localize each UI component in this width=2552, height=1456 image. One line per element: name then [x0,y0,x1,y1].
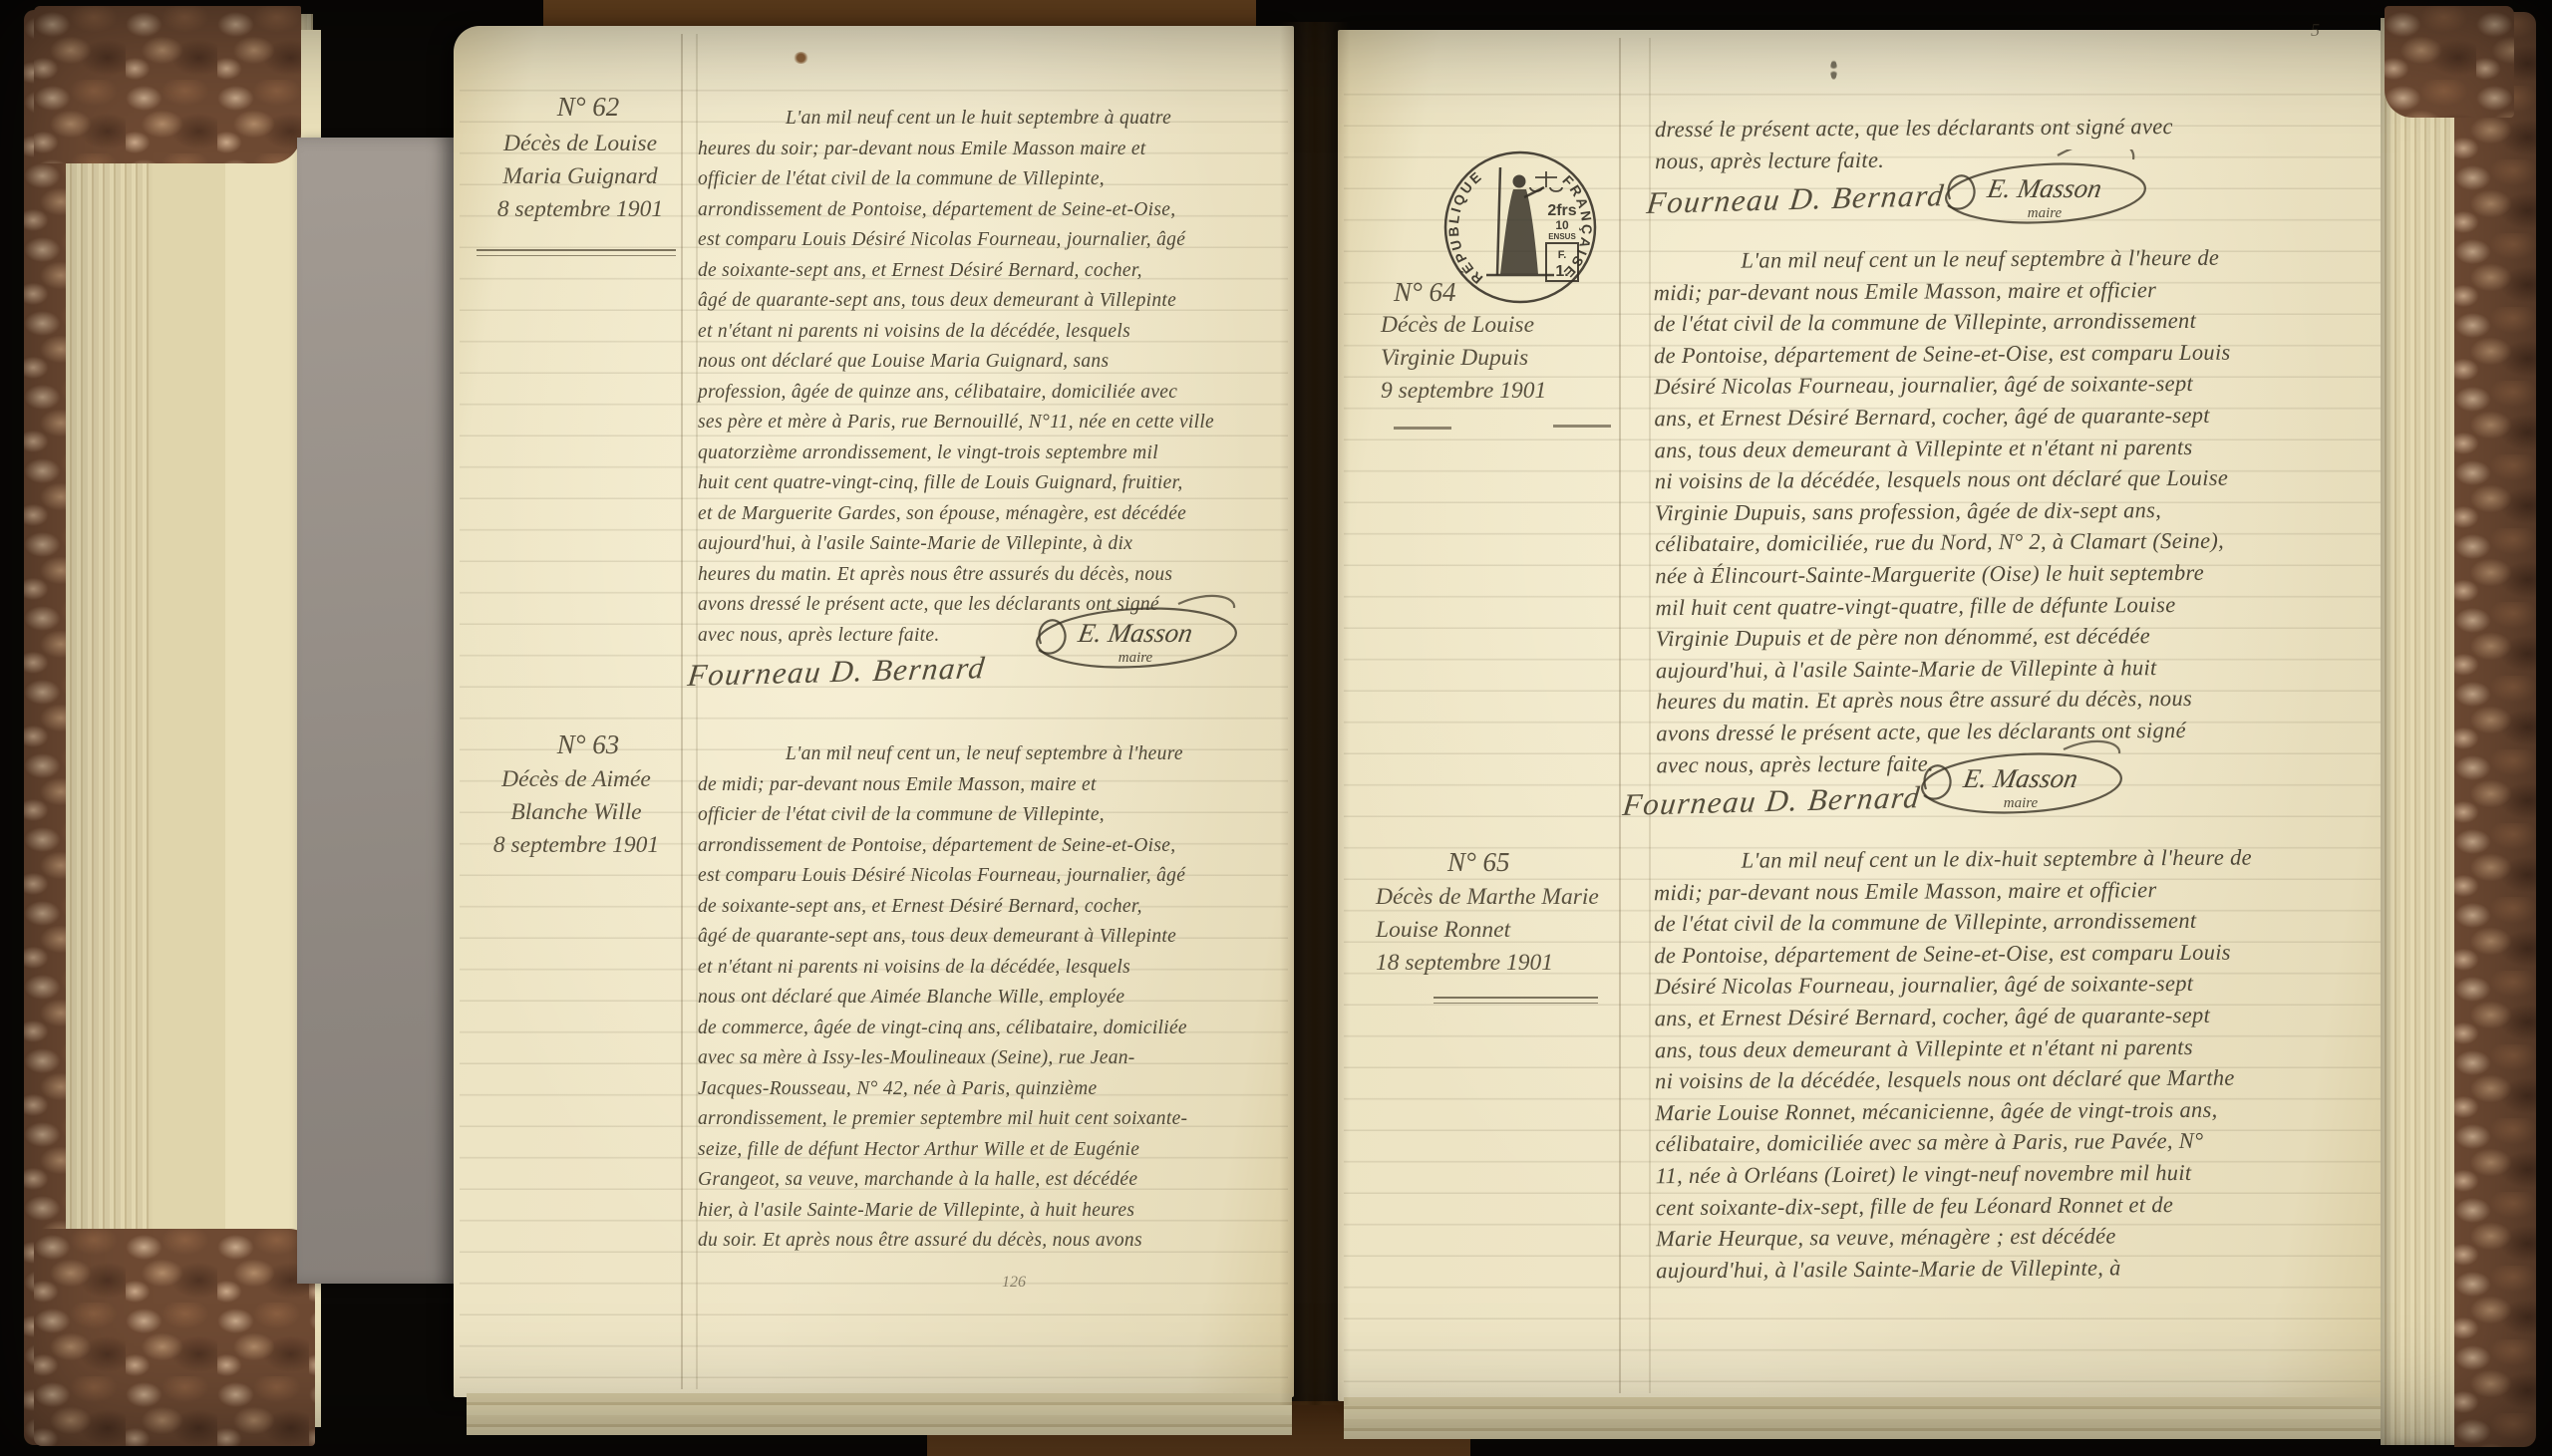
marbled-endpaper-top-left [34,6,301,163]
stamp-scales-icon [1530,171,1562,191]
left-page-number: 126 [1002,1274,1026,1292]
mayor-signature: E. Masson maire [1914,739,2127,823]
margin-separator-rule [477,249,676,256]
stamp-arc-left-text: RÉPUBLIQUE [1445,167,1486,287]
book-gutter [1280,22,1350,1405]
scanned-register-spread: N° 62 Décès de Louise Maria Guignard 8 s… [0,0,2552,1456]
margin-title: Décès de Aimée Blanche Wille 8 septembre… [461,763,692,862]
marbled-endpaper-top-right [2385,6,2514,118]
margin-separator-dash [1553,425,1611,428]
margin-title: Décès de Louise Virginie Dupuis 9 septem… [1381,309,1630,408]
page-bottom-edges [467,1393,1292,1435]
margin-title: Décès de Marthe Marie Louise Ronnet 18 s… [1376,881,1660,980]
mayor-signature-name: E. Masson [1911,763,2129,794]
stamp-box-bottom: 1. [1555,263,1568,280]
mayor-signature-title: maire [1938,205,2151,222]
record-number: N° 63 [498,729,678,760]
marbled-cover-right-edge [2454,12,2536,1447]
mayor-signature: E. Masson maire [1938,149,2151,233]
fiscal-stamp-icon: RÉPUBLIQUE FRANÇAISE 2frs 10 ENSUS F. 1. [1440,147,1600,307]
margin-title: Décès de Louise Maria Guignard 8 septemb… [467,128,694,226]
right-page-number: 5 [2311,20,2320,41]
margin-fold-crease [1619,38,1621,1393]
death-act-63-body: L'an mil neuf cent un, le neuf septembre… [698,739,1296,1257]
margin-fold-crease [1649,38,1651,1393]
death-act-65-body: L'an mil neuf cent un le dix-huit septem… [1654,841,2375,1287]
margin-fold-crease [681,34,683,1389]
death-act-64-body: L'an mil neuf cent un le neuf septembre … [1653,241,2374,780]
mayor-signature-name: E. Masson [1935,173,2153,204]
mayor-signature: E. Masson maire [1029,594,1242,678]
stamp-figure-body [1500,189,1538,274]
margin-separator-dash [1394,427,1451,430]
record-number: N° 62 [498,92,678,123]
page-bottom-edges [1344,1397,2385,1439]
gray-insert-sheet [297,138,461,1284]
stamp-figure-head [1513,175,1526,188]
death-act-62-body: L'an mil neuf cent un le huit septembre … [698,104,1296,651]
mayor-signature-title: maire [1914,795,2127,812]
stamp-value-main: 2frs [1547,202,1576,219]
stamp-staff [1497,167,1500,275]
margin-separator-rule [1434,997,1598,1004]
stamp-value-caption: ENSUS [1548,232,1576,241]
ink-stain [794,52,808,64]
mayor-signature-title: maire [1029,650,1242,667]
stamp-value-sub: 10 [1555,218,1569,232]
marbled-endpaper-bottom-left [34,1229,315,1446]
ink-stain [1830,60,1837,80]
mayor-signature-name: E. Masson [1026,618,1244,649]
record-number: N° 65 [1447,847,1567,878]
svg-text:RÉPUBLIQUE: RÉPUBLIQUE [1445,167,1486,287]
stamp-box-top: F. [1558,249,1567,261]
